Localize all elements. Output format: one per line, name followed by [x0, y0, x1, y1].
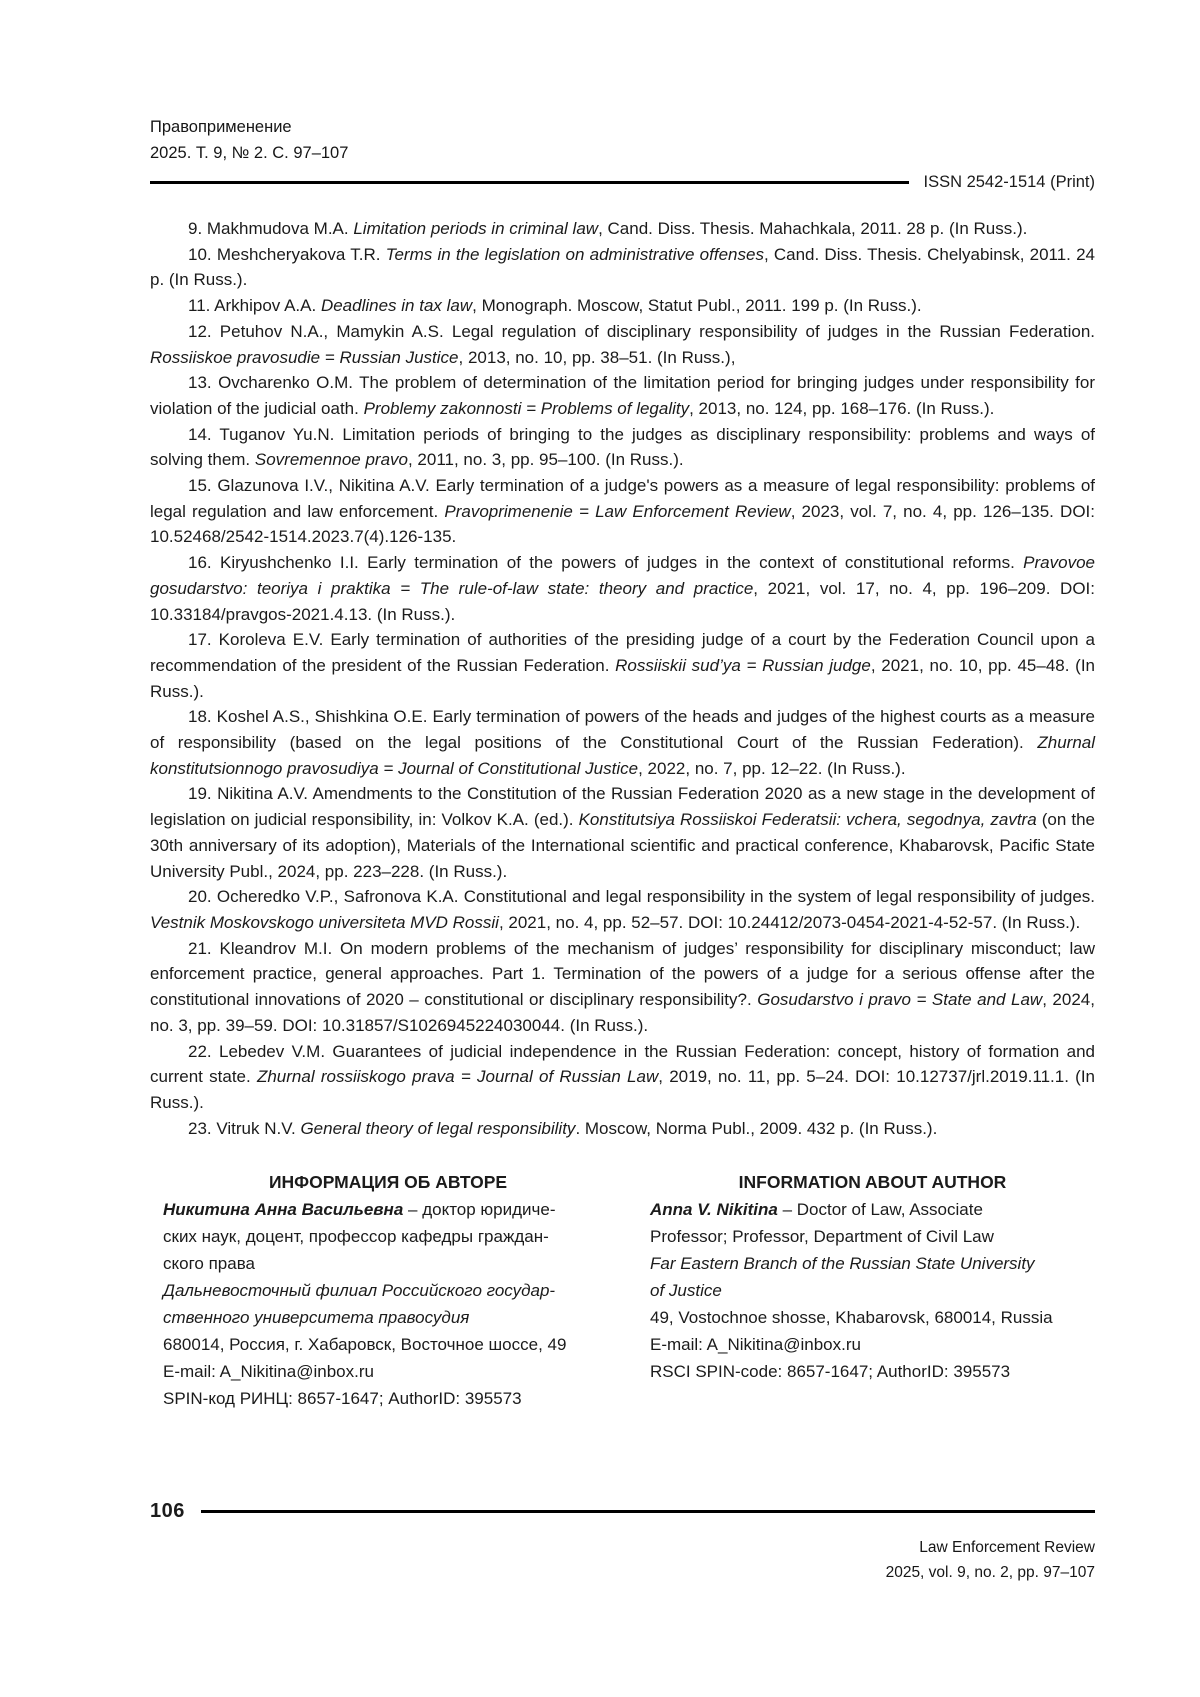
text-segment: , 2021, no. 4, pp. 52–57. DOI: 10.24412/… [499, 913, 1080, 932]
author-info-line: ственного университета правосудия [163, 1304, 613, 1331]
author-info-line: Anna V. Nikitina – Doctor of Law, Associ… [650, 1196, 1095, 1223]
reference-entry: 14. Tuganov Yu.N. Limitation periods of … [150, 422, 1095, 473]
reference-entry: 11. Arkhipov A.A. Deadlines in tax law, … [150, 293, 1095, 319]
author-info-line: RSCI SPIN-code: 8657-1647; AuthorID: 395… [650, 1358, 1095, 1385]
text-segment: Konstitutsiya Rossiiskoi Federatsii: vch… [579, 810, 1037, 829]
text-segment: E-mail: A_Nikitina@inbox.ru [650, 1335, 861, 1354]
author-info-line: Дальневосточный филиал Российского госуд… [163, 1277, 613, 1304]
reference-entry: 19. Nikitina A.V. Amendments to the Cons… [150, 781, 1095, 884]
text-segment: General theory of legal responsibility [300, 1119, 575, 1138]
text-segment: 11. Arkhipov A.A. [188, 296, 321, 315]
text-segment: , Cand. Diss. Thesis. Mahachkala, 2011. … [598, 219, 1027, 238]
text-segment: Gosudarstvo i pravo = State and Law [757, 990, 1042, 1009]
page-footer: 106 Law Enforcement Review 2025, vol. 9,… [150, 1500, 1095, 1585]
references-list: 9. Makhmudova M.A. Limitation periods in… [150, 216, 1095, 1141]
page-number: 106 [150, 1500, 185, 1523]
text-segment: , 2011, no. 3, pp. 95–100. (In Russ.). [408, 450, 684, 469]
text-segment: Sovremennoe pravo [255, 450, 408, 469]
author-info-ru-body: Никитина Анна Васильевна – доктор юридич… [163, 1196, 613, 1412]
text-segment: Professor; Professor, Department of Civi… [650, 1227, 994, 1246]
author-info-line: ского права [163, 1250, 613, 1277]
author-info-line: SPIN-код РИНЦ: 8657-1647; AuthorID: 3955… [163, 1385, 613, 1412]
author-info-ru-heading: ИНФОРМАЦИЯ ОБ АВТОРЕ [163, 1169, 613, 1196]
text-segment: Limitation periods in criminal law [353, 219, 598, 238]
author-info-section: ИНФОРМАЦИЯ ОБ АВТОРЕ Никитина Анна Васил… [150, 1169, 1095, 1412]
reference-entry: 9. Makhmudova M.A. Limitation periods in… [150, 216, 1095, 242]
text-segment: Deadlines in tax law [321, 296, 472, 315]
text-segment: ских наук, доцент, профессор кафедры гра… [163, 1227, 549, 1246]
text-segment: Terms in the legislation on administrati… [386, 245, 764, 264]
author-info-ru: ИНФОРМАЦИЯ ОБ АВТОРЕ Никитина Анна Васил… [150, 1169, 613, 1412]
text-segment: ского права [163, 1254, 255, 1273]
footer-journal-block: Law Enforcement Review 2025, vol. 9, no.… [150, 1535, 1095, 1585]
footer-journal-name: Law Enforcement Review [150, 1535, 1095, 1560]
author-info-line: 680014, Россия, г. Хабаровск, Восточное … [163, 1331, 613, 1358]
text-segment: 9. Makhmudova M.A. [188, 219, 353, 238]
text-segment: 12. Petuhov N.A., Mamykin A.S. Legal reg… [188, 322, 1095, 341]
text-segment: Vestnik Moskovskogo universiteta MVD Ros… [150, 913, 499, 932]
text-segment: 10. Meshcheryakova T.R. [188, 245, 386, 264]
reference-entry: 12. Petuhov N.A., Mamykin A.S. Legal reg… [150, 319, 1095, 370]
text-segment: Problemy zakonnosti = Problems of legali… [364, 399, 690, 418]
author-info-line: E-mail: A_Nikitina@inbox.ru [650, 1331, 1095, 1358]
text-segment: Zhurnal rossiiskogo prava = Journal of R… [257, 1067, 658, 1086]
text-segment: Pravoprimenenie = Law Enforcement Review [444, 502, 790, 521]
footer-issue-info: 2025, vol. 9, no. 2, pp. 97–107 [150, 1560, 1095, 1585]
author-info-en-heading: INFORMATION ABOUT AUTHOR [650, 1169, 1095, 1196]
reference-entry: 21. Kleandrov M.I. On modern problems of… [150, 936, 1095, 1039]
text-segment: Дальневосточный филиал Российского госуд… [163, 1281, 555, 1300]
reference-entry: 16. Kiryushchenko I.I. Early termination… [150, 550, 1095, 627]
text-segment: 49, Vostochnoe shosse, Khabarovsk, 68001… [650, 1308, 1053, 1327]
reference-entry: 13. Ovcharenko O.M. The problem of deter… [150, 370, 1095, 421]
author-info-line: 49, Vostochnoe shosse, Khabarovsk, 68001… [650, 1304, 1095, 1331]
text-segment: 20. Ocheredko V.P., Safronova K.A. Const… [188, 887, 1095, 906]
text-segment: . Moscow, Norma Publ., 2009. 432 p. (In … [575, 1119, 937, 1138]
text-segment: ственного университета правосудия [163, 1308, 469, 1327]
author-info-line: E-mail: A_Nikitina@inbox.ru [163, 1358, 613, 1385]
text-segment: 680014, Россия, г. Хабаровск, Восточное … [163, 1335, 566, 1354]
text-segment: , Monograph. Moscow, Statut Publ., 2011.… [472, 296, 921, 315]
author-info-line: ских наук, доцент, профессор кафедры гра… [163, 1223, 613, 1250]
header-rule-row: ISSN 2542-1514 (Print) [150, 173, 1095, 192]
text-segment: – Doctor of Law, Associate [778, 1200, 983, 1219]
reference-entry: 10. Meshcheryakova T.R. Terms in the leg… [150, 242, 1095, 293]
author-info-line: Professor; Professor, Department of Civi… [650, 1223, 1095, 1250]
page-header: Правоприменение 2025. Т. 9, № 2. С. 97–1… [150, 114, 1095, 166]
author-info-line: of Justice [650, 1277, 1095, 1304]
text-segment: RSCI SPIN-code: 8657-1647; AuthorID: 395… [650, 1362, 1010, 1381]
journal-title-ru: Правоприменение [150, 114, 1095, 140]
reference-entry: 22. Lebedev V.M. Guarantees of judicial … [150, 1039, 1095, 1116]
text-segment: 16. Kiryushchenko I.I. Early termination… [188, 553, 1023, 572]
text-segment: 23. Vitruk N.V. [188, 1119, 300, 1138]
text-segment: Никитина Анна Васильевна [163, 1200, 403, 1219]
footer-rule-row: 106 [150, 1500, 1095, 1523]
text-segment: SPIN-код РИНЦ: 8657-1647; AuthorID: 3955… [163, 1389, 522, 1408]
text-segment: of Justice [650, 1281, 722, 1300]
text-segment: , 2022, no. 7, pp. 12–22. (In Russ.). [638, 759, 905, 778]
text-segment: 18. Koshel A.S., Shishkina O.E. Early te… [150, 707, 1095, 752]
author-info-line: Far Eastern Branch of the Russian State … [650, 1250, 1095, 1277]
header-rule [150, 181, 909, 184]
reference-entry: 23. Vitruk N.V. General theory of legal … [150, 1116, 1095, 1142]
text-segment: , 2013, no. 10, pp. 38–51. (In Russ.), [459, 348, 736, 367]
author-info-en: INFORMATION ABOUT AUTHOR Anna V. Nikitin… [633, 1169, 1095, 1412]
text-segment: Rossiiskoe pravosudie = Russian Justice [150, 348, 459, 367]
footer-rule [201, 1510, 1095, 1513]
page-content: Правоприменение 2025. Т. 9, № 2. С. 97–1… [150, 0, 1095, 1412]
text-segment: , 2013, no. 124, pp. 168–176. (In Russ.)… [689, 399, 994, 418]
author-info-en-body: Anna V. Nikitina – Doctor of Law, Associ… [650, 1196, 1095, 1385]
reference-entry: 15. Glazunova I.V., Nikitina A.V. Early … [150, 473, 1095, 550]
reference-entry: 17. Koroleva E.V. Early termination of a… [150, 627, 1095, 704]
text-segment: Rossiiskii sud’ya = Russian judge [615, 656, 871, 675]
issn-label: ISSN 2542-1514 (Print) [923, 173, 1095, 192]
author-info-line: Никитина Анна Васильевна – доктор юридич… [163, 1196, 613, 1223]
reference-entry: 18. Koshel A.S., Shishkina O.E. Early te… [150, 704, 1095, 781]
text-segment: Far Eastern Branch of the Russian State … [650, 1254, 1035, 1273]
reference-entry: 20. Ocheredko V.P., Safronova K.A. Const… [150, 884, 1095, 935]
issue-info-ru: 2025. Т. 9, № 2. С. 97–107 [150, 140, 1095, 166]
text-segment: – доктор юридиче- [403, 1200, 555, 1219]
text-segment: Anna V. Nikitina [650, 1200, 778, 1219]
text-segment: E-mail: A_Nikitina@inbox.ru [163, 1362, 374, 1381]
